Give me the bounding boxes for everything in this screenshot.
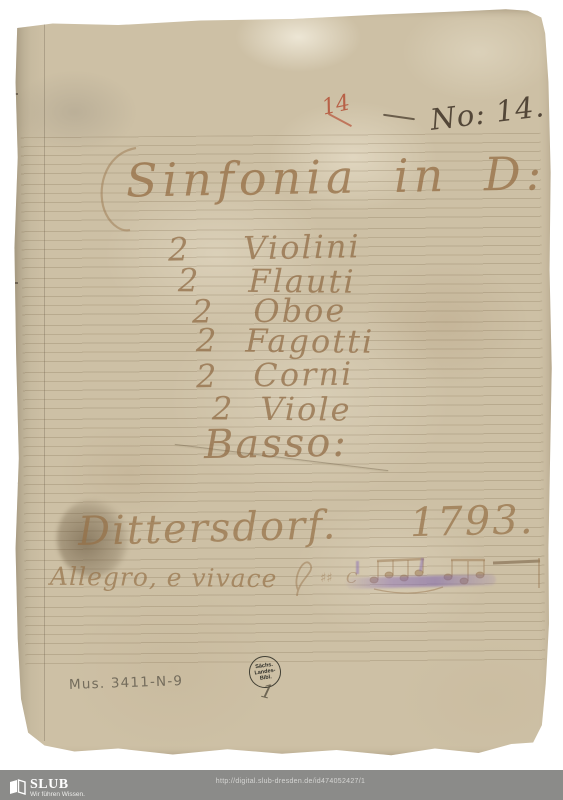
manuscript-page: 14 No: 14. Sinfonia in D: 2Violini 2Flau… [9, 7, 555, 759]
book-icon [9, 778, 26, 795]
slub-tagline: Wir führen Wissen. [30, 791, 85, 798]
binding-stitch [11, 482, 18, 484]
binding-stitch [11, 657, 18, 659]
slub-footer-bar: SLUB Wir führen Wissen. http://digital.s… [0, 770, 563, 800]
violet-mark [356, 561, 359, 574]
tempo-marking: Allegro, e vivace [50, 562, 278, 593]
instrument-count: 2 [196, 321, 219, 359]
binding-stitch [11, 93, 18, 95]
instrument-row: Basso: [196, 420, 349, 469]
svg-text:♯♯: ♯♯ [320, 571, 333, 586]
document-url: http://digital.slub-dresden.de/id4740524… [216, 778, 365, 785]
shelfmark: Mus. 3411-N-9 [69, 673, 184, 693]
instrument-count [196, 422, 197, 468]
binding-stitch [11, 282, 18, 284]
catalog-number: No: 14. [428, 89, 546, 137]
slub-logo: SLUB Wir führen Wissen. [9, 776, 129, 800]
instrument-name: Corni [253, 355, 354, 395]
manuscript-title: Sinfonia in D: [126, 146, 547, 207]
scanned-manuscript-view: 14 No: 14. Sinfonia in D: 2Violini 2Flau… [0, 0, 563, 800]
instrument-name: Basso: [204, 420, 349, 469]
pen-dash [383, 114, 415, 120]
